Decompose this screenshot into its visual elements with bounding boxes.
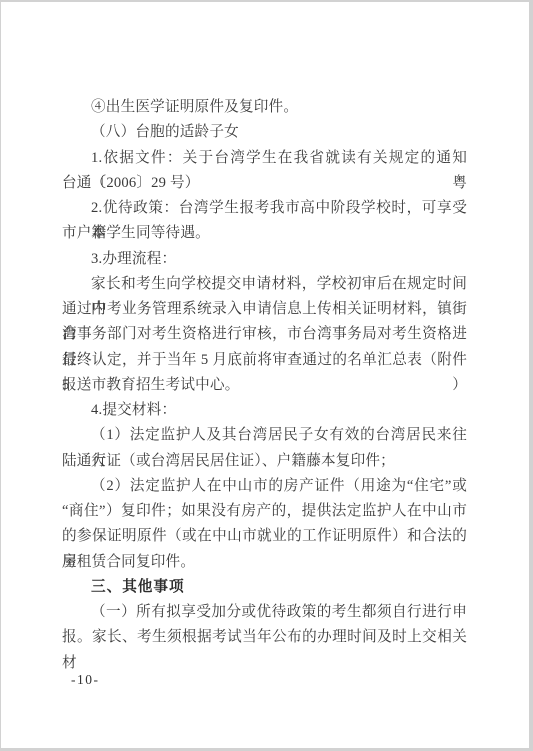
text-line: （一）所有拟享受加分或优待政策的考生都须自行进行申 (62, 600, 467, 625)
text-line: “商住”）复印件；如果没有房产的，提供法定监护人在中山市 (62, 499, 467, 524)
text-line: 2.优待政策：台湾学生报考我市高中阶段学校时，可享受本 (62, 196, 467, 221)
text-line: 4.提交材料： (62, 398, 467, 423)
text-line: 3.办理流程： (62, 247, 467, 272)
text-line: 的参保证明原件（或在中山市就业的工作证明原件）和合法的房 (62, 524, 467, 549)
text-line: 陆通行证（或台湾居民居住证）、户籍藤本复印件； (62, 449, 467, 474)
text-line: 湾事务部门对考生资格进行审核，市台湾事务局对考生资格进行 (62, 322, 467, 347)
section-heading: 三、其他事项 (62, 575, 467, 600)
page-number: -10- (71, 672, 100, 688)
text-line: 屋租赁合同复印件。 (62, 550, 467, 575)
text-line: 1.依据文件：关于台湾学生在我省就读有关规定的通知（粤 (62, 146, 467, 171)
text-line: （八）台胞的适龄子女 (62, 120, 467, 145)
text-line: 通过中考业务管理系统录入申请信息上传相关证明材料，镇街台 (62, 297, 467, 322)
text-line: 家长和考生向学校提交申请材料，学校初审后在规定时间内 (62, 272, 467, 297)
text-line: （2）法定监护人在中山市的房产证件（用途为“住宅”或 (62, 474, 467, 499)
document-page: ④出生医学证明原件及复印件。（八）台胞的适龄子女1.依据文件：关于台湾学生在我省… (1, 2, 529, 748)
text-line: 市户籍学生同等待遇。 (62, 221, 467, 246)
text-line: ④出生医学证明原件及复印件。 (62, 95, 467, 120)
text-block: ④出生医学证明原件及复印件。（八）台胞的适龄子女1.依据文件：关于台湾学生在我省… (62, 95, 467, 651)
text-line: （1）法定监护人及其台湾居民子女有效的台湾居民来往大 (62, 423, 467, 448)
text-line: 报。家长、考生须根据考试当年公布的办理时间及时上交相关材 (62, 625, 467, 650)
text-line: 最终认定，并于当年 5 月底前将审查通过的名单汇总表（附件 5） (62, 348, 467, 373)
